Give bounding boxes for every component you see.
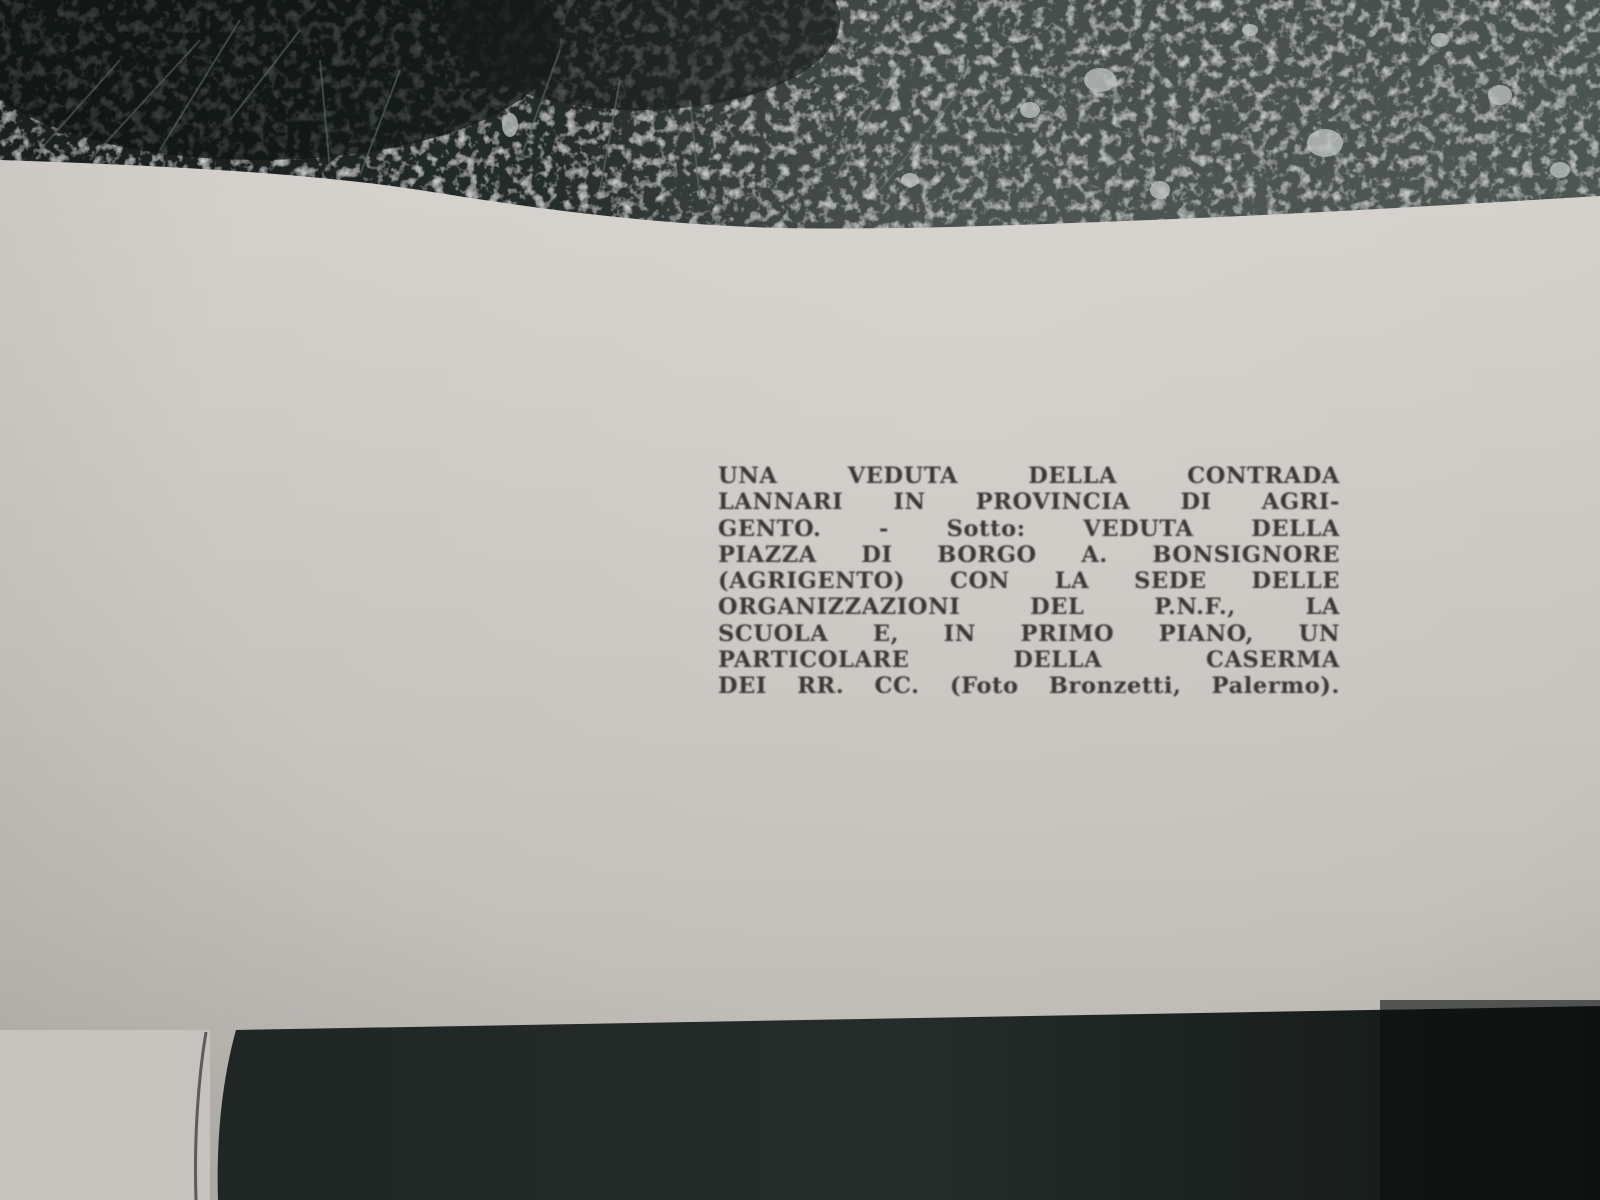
caption-line: SCUOLA E, IN PRIMO PIANO, UN: [718, 621, 1340, 647]
top-photograph: [0, 0, 1600, 240]
caption-line: ORGANIZZAZIONI DEL P.N.F., LA: [718, 594, 1340, 620]
caption-line: GENTO. - Sotto: VEDUTA DELLA: [718, 516, 1340, 542]
caption-line: UNA VEDUTA DELLA CONTRADA: [718, 463, 1340, 489]
caption-line: PARTICOLARE DELLA CASERMA: [718, 647, 1340, 673]
caption-line: LANNARI IN PROVINCIA DI AGRI-: [718, 489, 1340, 515]
bottom-photograph: [0, 1000, 1600, 1200]
caption-line-credit: DEI RR. CC. (Foto Bronzetti, Palermo).: [718, 673, 1340, 699]
caption-line: PIAZZA DI BORGO A. BONSIGNORE: [718, 542, 1340, 568]
printed-page: UNA VEDUTA DELLA CONTRADA LANNARI IN PRO…: [0, 0, 1600, 1200]
photo-caption: UNA VEDUTA DELLA CONTRADA LANNARI IN PRO…: [718, 463, 1340, 700]
caption-line: (AGRIGENTO) CON LA SEDE DELLE: [718, 568, 1340, 594]
